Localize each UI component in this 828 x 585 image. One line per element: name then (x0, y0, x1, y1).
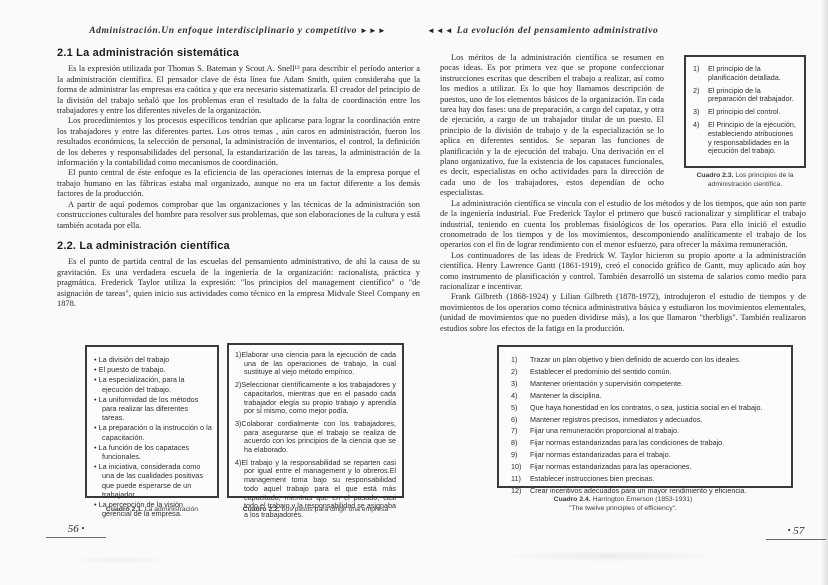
section-heading-2-1: 2.1 La administración sistemática (57, 48, 420, 58)
numbered-item: 10) Fijar normas estandarizadas para las… (511, 462, 781, 471)
cuadro-2-2-caption: Cuadro 2.2. Los pasos para dirigir una e… (227, 506, 404, 515)
page-marker-icon: • (788, 526, 791, 535)
bullet-item-text: La división del trabajo (99, 355, 170, 364)
left-page-body: 2.1 La administración sistemática Es la … (57, 48, 420, 309)
item-text: Mantener registros precisos, inmediatos … (530, 415, 781, 424)
caption-text: La administración (145, 506, 198, 513)
item-number: 1) (511, 355, 526, 364)
item-number: 2) (693, 87, 705, 105)
triple-right-arrow-icon: ►►► (360, 26, 387, 35)
bullet-icon: • (94, 462, 97, 471)
item-number: 9) (511, 450, 526, 459)
bullet-icon: • (94, 365, 97, 374)
numbered-item: 2) Establecer el predominio del sentido … (511, 367, 781, 376)
bullet-item-text: La uniformidad de los métodos para reali… (99, 395, 199, 422)
item-number: 10) (511, 462, 526, 471)
scan-smudge (500, 550, 720, 562)
numbered-item: 1) Trazar un plan objetivo y bien defini… (511, 355, 781, 364)
paragraph: La administración científica se vincula … (440, 199, 806, 251)
bullet-item: • La división del trabajo (94, 355, 212, 364)
caption-label: Cuadro 2.3. (696, 172, 733, 179)
numbered-item: 4) El Principio de la ejecución, estable… (693, 121, 798, 156)
bullet-item: • El puesto de trabajo. (94, 365, 212, 374)
numbered-item: 5) Que haya honestidad en los contratos,… (511, 403, 781, 412)
item-number: 3) (693, 108, 705, 117)
bullet-item: • La especialización, para la ejecución … (94, 375, 212, 393)
numbered-item: 7) Fijar una remuneración proporcional a… (511, 426, 781, 435)
item-text: El principio de la planificación detalla… (708, 65, 798, 83)
bullet-item-text: La preparación o la instrucción o la cap… (99, 423, 212, 441)
numbered-item: 3)Colaborar cordialmente con los trabaja… (235, 420, 396, 455)
book-spread-scan: Administración.Un enfoque interdisciplin… (0, 0, 828, 585)
cuadro-2-4-box: 1) Trazar un plan objetivo y bien defini… (497, 345, 793, 488)
bullet-item: • La iniciativa, considerada como una de… (94, 462, 212, 499)
numbered-item: 3) Mantener orientación y supervisión co… (511, 379, 781, 388)
bullet-item-text: La especialización, para la ejecución de… (99, 375, 185, 393)
left-page-number: 56 • (46, 523, 106, 538)
item-text: Que haya honestidad en los contratos, o … (530, 403, 781, 412)
item-text: Fijar normas estandarizadas para las con… (530, 438, 781, 447)
item-number: 7) (511, 426, 526, 435)
bullet-item: • La preparación o la instrucción o la c… (94, 423, 212, 441)
caption-text: Harrington Emerson (1853-1931) (593, 496, 693, 503)
item-number: 6) (511, 415, 526, 424)
item-number: 5) (511, 403, 526, 412)
bullet-icon: • (94, 423, 97, 432)
item-number: 11) (511, 474, 526, 483)
cuadro-2-2-list: 1)Elaborar una ciencia para la ejecución… (235, 351, 396, 520)
numbered-item: 9) Fijar normas estandarizadas para el t… (511, 450, 781, 459)
section-2-2-paragraphs: Es el punto de partida central de las es… (57, 257, 420, 309)
bullet-item: • La uniformidad de los métodos para rea… (94, 395, 212, 423)
bullet-icon: • (94, 355, 97, 364)
paragraph: Los procedimientos y los procesos especí… (57, 116, 420, 168)
item-text: Mantener orientación y supervisión compe… (530, 379, 781, 388)
cuadro-2-1-list: • La división del trabajo • El puesto de… (94, 355, 212, 518)
item-number: 12) (511, 486, 526, 495)
numbered-item: 1)Elaborar una ciencia para la ejecución… (235, 351, 396, 377)
page-marker-icon: • (81, 524, 84, 533)
item-text: Mantener la disciplina. (530, 391, 781, 400)
section-2-1-paragraphs: Es la expresión utilizada por Thomas S. … (57, 64, 420, 231)
right-page-body: 1) El principio de la planificación deta… (440, 53, 806, 334)
item-text: Establecer instrucciones bien precisas. (530, 474, 781, 483)
paragraph: El punto central de éste enfoque es la e… (57, 168, 420, 199)
caption-line-1: Cuadro 2.4. Harrington Emerson (1853-193… (440, 496, 806, 505)
bullet-item-text: La iniciativa, considerada como una de l… (99, 462, 203, 499)
page-number-value: 56 (68, 523, 79, 535)
cuadro-2-4-list: 1) Trazar un plan objetivo y bien defini… (511, 355, 781, 495)
bullet-item-text: La función de los capataces funcionales. (99, 443, 189, 461)
item-number: 8) (511, 438, 526, 447)
cuadro-2-3-caption: Cuadro 2.3. Los principios de la adminis… (684, 172, 806, 189)
left-running-head-title: Administración.Un enfoque interdisciplin… (89, 26, 357, 36)
numbered-item: 6) Mantener registros precisos, inmediat… (511, 415, 781, 424)
numbered-item: 11) Establecer instrucciones bien precis… (511, 474, 781, 483)
numbered-item: 8) Fijar normas estandarizadas para las … (511, 438, 781, 447)
cuadro-2-1-caption: Cuadro 2.1. La administración (85, 506, 219, 515)
right-page-number: • 57 (766, 525, 826, 540)
cuadro-2-3-box: 1) El principio de la planificación deta… (684, 55, 806, 168)
paragraph: Es la expresión utilizada por Thomas S. … (57, 64, 420, 116)
numbered-item: 3) El principio del control. (693, 108, 798, 117)
item-number: 4) (511, 391, 526, 400)
item-text: Crear incentivos adecuados para un mayor… (530, 486, 781, 495)
numbered-item: 12) Crear incentivos adecuados para un m… (511, 486, 781, 495)
cuadro-2-3-float: 1) El principio de la planificación deta… (674, 55, 806, 189)
item-text: Fijar normas estandarizadas para el trab… (530, 450, 781, 459)
right-running-head: ◄◄◄ La evolución del pensamiento adminis… (427, 26, 809, 36)
caption-line-2: "The twelve principles of efficiency". (440, 505, 806, 514)
paragraph: A partir de aquí podemos comprobar que l… (57, 200, 420, 231)
triple-left-arrow-icon: ◄◄◄ (427, 26, 454, 35)
item-text: Trazar un plan objetivo y bien definido … (530, 355, 781, 364)
item-number: 4) (693, 121, 705, 156)
item-text: El principio de la preparación del traba… (708, 87, 798, 105)
left-running-head: Administración.Un enfoque interdisciplin… (55, 26, 421, 36)
numbered-item: 4) Mantener la disciplina. (511, 391, 781, 400)
paragraph: Es el punto de partida central de las es… (57, 257, 420, 309)
item-number: 2) (511, 367, 526, 376)
paragraph: Los continuadores de las ideas de Fredri… (440, 251, 806, 293)
cuadro-2-1-box: • La división del trabajo • El puesto de… (85, 345, 219, 498)
bullet-icon: • (94, 443, 97, 452)
caption-label: Cuadro 2.2. (243, 506, 280, 513)
item-text: Fijar una remuneración proporcional al t… (530, 426, 781, 435)
numbered-item: 2) El principio de la preparación del tr… (693, 87, 798, 105)
scan-smudge (60, 556, 180, 564)
bullet-item: • La función de los capataces funcionale… (94, 443, 212, 461)
scan-edge-shadow (821, 0, 828, 585)
item-text: El Principio de la ejecución, establecie… (708, 121, 798, 156)
item-number: 1) (693, 65, 705, 83)
cuadro-2-4-caption: Cuadro 2.4. Harrington Emerson (1853-193… (440, 496, 806, 513)
item-text: El principio del control. (708, 108, 798, 117)
paragraph: Frank Gilbreth (1868-1924) y Lilian Gilb… (440, 292, 806, 334)
caption-text: Los pasos para dirigir una empresa (282, 506, 389, 513)
bullet-icon: • (94, 395, 97, 404)
right-running-head-title: La evolución del pensamiento administrat… (457, 26, 659, 36)
item-text: Fijar normas estandarizadas para las ope… (530, 462, 781, 471)
numbered-item: 2)Seleccionar científicamente a los trab… (235, 381, 396, 416)
caption-label: Cuadro 2.4. (554, 496, 591, 503)
cuadro-2-3-list: 1) El principio de la planificación deta… (693, 65, 798, 156)
bullet-icon: • (94, 375, 97, 384)
numbered-item: 1) El principio de la planificación deta… (693, 65, 798, 83)
item-text: Establecer el predominio del sentido com… (530, 367, 781, 376)
bullet-item-text: El puesto de trabajo. (99, 365, 166, 374)
cuadro-2-2-box: 1)Elaborar una ciencia para la ejecución… (227, 343, 404, 498)
page-number-value: 57 (793, 525, 804, 537)
caption-label: Cuadro 2.1. (106, 506, 143, 513)
item-number: 3) (511, 379, 526, 388)
section-heading-2-2: 2.2. La administración científica (57, 241, 420, 251)
